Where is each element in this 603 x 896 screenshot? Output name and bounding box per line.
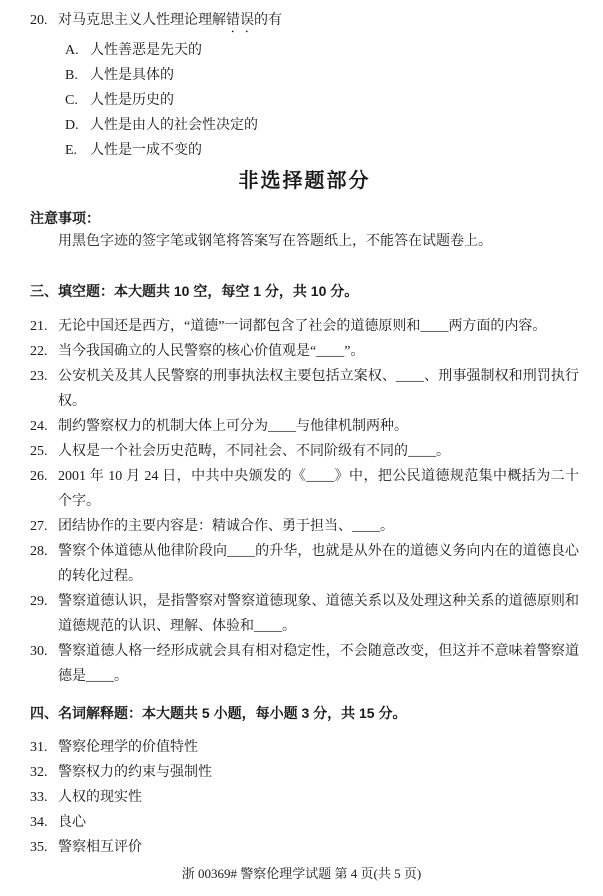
section-header: 非选择题部分	[30, 168, 579, 194]
question-number: 33.	[30, 785, 58, 810]
fill-in-section-heading: 三、填空题：本大题共 10 空，每空 1 分，共 10 分。	[30, 280, 579, 302]
question-item: 27. 团结协作的主要内容是：精诚合作、勇于担当、____。	[30, 514, 579, 539]
option-label: E.	[65, 138, 90, 163]
notice-title: 注意事项：	[30, 207, 579, 229]
question-text-emphasized: 错误	[226, 13, 254, 28]
question-text: 警察相互评价	[58, 835, 579, 860]
question-text-before: 对马克思主义人性理论理解	[58, 13, 226, 28]
question-item: 26. 2001 年 10 月 24 日，中共中央颁发的《____》中，把公民道…	[30, 464, 579, 514]
question-item: 33. 人权的现实性	[30, 785, 579, 810]
option-text: 人性善恶是先天的	[90, 38, 202, 63]
question-item: 29. 警察道德认识，是指警察对警察道德现象、道德关系以及处理这种关系的道德原则…	[30, 589, 579, 639]
question-number: 26.	[30, 464, 58, 489]
option-label: D.	[65, 113, 90, 138]
question-20: 20. 对马克思主义人性理论理解错误的有	[30, 8, 579, 36]
option-item: C. 人性是历史的	[65, 88, 579, 113]
question-number: 24.	[30, 414, 58, 439]
question-item: 34. 良心	[30, 810, 579, 835]
question-item: 23. 公安机关及其人民警察的刑事执法权主要包括立案权、____、刑事强制权和刑…	[30, 364, 579, 414]
option-label: B.	[65, 63, 90, 88]
question-number: 30.	[30, 639, 58, 664]
question-number: 29.	[30, 589, 58, 614]
question-number: 21.	[30, 314, 58, 339]
question-text: 警察权力的约束与强制性	[58, 760, 579, 785]
question-number: 34.	[30, 810, 58, 835]
exam-paper-page: 20. 对马克思主义人性理论理解错误的有 A. 人性善恶是先天的 B. 人性是具…	[0, 0, 603, 896]
question-item: 25. 人权是一个社会历史范畴，不同社会、不同阶级有不同的____。	[30, 439, 579, 464]
question-item: 31. 警察伦理学的价值特性	[30, 735, 579, 760]
notice-body: 用黑色字迹的签字笔或钢笔将答案写在答题纸上，不能答在试题卷上。	[30, 229, 579, 254]
page-footer: 浙 00369# 警察伦理学试题 第 4 页(共 5 页)	[0, 863, 603, 882]
fill-in-question-list: 21. 无论中国还是西方，“道德”一词都包含了社会的道德原则和____两方面的内…	[30, 314, 579, 689]
option-label: C.	[65, 88, 90, 113]
option-item: D. 人性是由人的社会性决定的	[65, 113, 579, 138]
option-item: E. 人性是一成不变的	[65, 138, 579, 163]
option-text: 人性是由人的社会性决定的	[90, 113, 258, 138]
question-text: 公安机关及其人民警察的刑事执法权主要包括立案权、____、刑事强制权和刑罚执行权…	[58, 364, 579, 414]
question-20-options: A. 人性善恶是先天的 B. 人性是具体的 C. 人性是历史的 D. 人性是由人…	[65, 38, 579, 163]
question-text: 警察伦理学的价值特性	[58, 735, 579, 760]
question-number: 25.	[30, 439, 58, 464]
question-number: 32.	[30, 760, 58, 785]
question-item: 21. 无论中国还是西方，“道德”一词都包含了社会的道德原则和____两方面的内…	[30, 314, 579, 339]
question-text: 无论中国还是西方，“道德”一词都包含了社会的道德原则和____两方面的内容。	[58, 314, 579, 339]
option-label: A.	[65, 38, 90, 63]
question-item: 32. 警察权力的约束与强制性	[30, 760, 579, 785]
definition-section-heading: 四、名词解释题：本大题共 5 小题，每小题 3 分，共 15 分。	[30, 702, 579, 724]
question-number: 31.	[30, 735, 58, 760]
question-item: 30. 警察道德人格一经形成就会具有相对稳定性，不会随意改变，但这并不意味着警察…	[30, 639, 579, 689]
question-text: 警察个体道德从他律阶段向____的升华，也就是从外在的道德义务向内在的道德良心的…	[58, 539, 579, 589]
question-text: 人权是一个社会历史范畴，不同社会、不同阶级有不同的____。	[58, 439, 579, 464]
question-number: 27.	[30, 514, 58, 539]
question-number: 23.	[30, 364, 58, 389]
question-text: 警察道德认识，是指警察对警察道德现象、道德关系以及处理这种关系的道德原则和道德规…	[58, 589, 579, 639]
option-text: 人性是具体的	[90, 63, 174, 88]
question-text: 制约警察权力的机制大体上可分为____与他律机制两种。	[58, 414, 579, 439]
option-item: B. 人性是具体的	[65, 63, 579, 88]
question-number: 28.	[30, 539, 58, 564]
question-number: 35.	[30, 835, 58, 860]
question-text: 2001 年 10 月 24 日，中共中央颁发的《____》中，把公民道德规范集…	[58, 464, 579, 514]
question-text: 良心	[58, 810, 579, 835]
option-text: 人性是一成不变的	[90, 138, 202, 163]
question-item: 24. 制约警察权力的机制大体上可分为____与他律机制两种。	[30, 414, 579, 439]
question-number: 22.	[30, 339, 58, 364]
option-text: 人性是历史的	[90, 88, 174, 113]
question-text: 当今我国确立的人民警察的核心价值观是“____”。	[58, 339, 579, 364]
question-text: 警察道德人格一经形成就会具有相对稳定性，不会随意改变，但这并不意味着警察道德是_…	[58, 639, 579, 689]
option-item: A. 人性善恶是先天的	[65, 38, 579, 63]
definition-question-list: 31. 警察伦理学的价值特性 32. 警察权力的约束与强制性 33. 人权的现实…	[30, 735, 579, 860]
question-item: 22. 当今我国确立的人民警察的核心价值观是“____”。	[30, 339, 579, 364]
question-text-after: 的有	[254, 13, 282, 28]
question-text: 人权的现实性	[58, 785, 579, 810]
question-item: 28. 警察个体道德从他律阶段向____的升华，也就是从外在的道德义务向内在的道…	[30, 539, 579, 589]
question-number: 20.	[30, 8, 58, 33]
question-text: 对马克思主义人性理论理解错误的有	[58, 8, 579, 36]
question-item: 35. 警察相互评价	[30, 835, 579, 860]
question-text: 团结协作的主要内容是：精诚合作、勇于担当、____。	[58, 514, 579, 539]
